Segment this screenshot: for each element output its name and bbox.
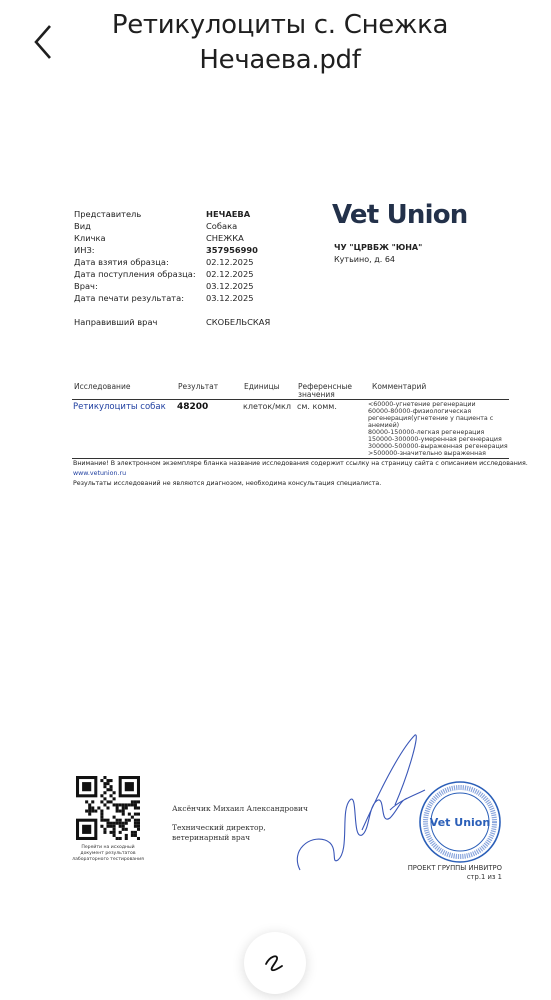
result-value: 48200 [177, 402, 208, 412]
info-row: Дата взятия образца:02.12.2025 [74, 256, 270, 268]
info-row: Дата печати результата:03.12.2025 [74, 292, 270, 304]
info-label: Направивший врач [74, 316, 206, 328]
lab-address: Кутьино, д. 64 [334, 254, 422, 266]
referring-doctor: Направивший врачСКОБЕЛЬСКАЯ [74, 316, 270, 328]
col-comment: Комментарий [372, 383, 426, 391]
info-label: Кличка [74, 232, 206, 244]
sign-button[interactable] [244, 932, 306, 994]
info-value: 03.12.2025 [206, 292, 254, 304]
table-row: Ретикулоциты собак 48200 клеток/мкл см. … [72, 400, 509, 460]
back-button[interactable] [30, 22, 58, 62]
results-table: Исследование Результат Единицы Референсн… [72, 381, 509, 459]
test-name-link[interactable]: Ретикулоциты собак [73, 402, 166, 412]
warning-note: Внимание! В электронном экземпляре бланк… [73, 459, 528, 469]
table-header: Исследование Результат Единицы Референсн… [72, 381, 509, 399]
col-units: Единицы [244, 383, 280, 391]
info-label: Врач: [74, 280, 206, 292]
lab-name: ЧУ "ЦРВБЖ "ЮНА" [334, 242, 422, 254]
info-label: Дата поступления образца: [74, 268, 206, 280]
disclaimer-note: Результаты исследований не являются диаг… [73, 479, 528, 489]
info-row: ИНЗ:357956990 [74, 244, 270, 256]
info-row: Врач:03.12.2025 [74, 280, 270, 292]
info-value: 02.12.2025 [206, 268, 254, 280]
qr-code[interactable] [76, 776, 140, 840]
notes: Внимание! В электронном экземпляре бланк… [73, 459, 528, 489]
info-row: Дата поступления образца:02.12.2025 [74, 268, 270, 280]
info-label: Вид [74, 220, 206, 232]
reference-value: см. комм. [297, 402, 337, 411]
info-value: СКОБЕЛЬСКАЯ [206, 316, 270, 328]
signer-position-2: ветеринарный врач [172, 833, 308, 843]
app-header: Ретикулоциты с. Снежка Нечаева.pdf [0, 0, 551, 80]
col-reference: Референсные значения [298, 383, 358, 399]
patient-info: ПредставительНЕЧАЕВАВидСобакаКличкаСНЕЖК… [74, 208, 270, 328]
project-label: ПРОЕКТ ГРУППЫ ИНВИТРО [380, 864, 502, 873]
signer-name: Аксёнчик Михаил Александрович [172, 804, 308, 814]
comment-text: <60000-угнетение регенерации60000-80000-… [368, 401, 508, 457]
info-label: Дата взятия образца: [74, 256, 206, 268]
info-value: НЕЧАЕВА [206, 208, 250, 220]
signer-position: Технический директор, [172, 823, 308, 833]
chevron-left-icon [30, 22, 58, 62]
page-number: стр.1 из 1 [380, 873, 502, 882]
website-link[interactable]: www.vetunion.ru [73, 469, 528, 479]
info-label: Дата печати результата: [74, 292, 206, 304]
footer: ПРОЕКТ ГРУППЫ ИНВИТРО стр.1 из 1 [380, 864, 502, 882]
signature-image [290, 730, 430, 880]
info-label: Представитель [74, 208, 206, 220]
info-value: 357956990 [206, 244, 258, 256]
units-value: клеток/мкл [243, 402, 291, 411]
qr-caption: Перейти на исходный документ результатов… [70, 845, 146, 863]
info-row: ПредставительНЕЧАЕВА [74, 208, 270, 220]
info-label: ИНЗ: [74, 244, 206, 256]
info-value: 03.12.2025 [206, 280, 254, 292]
pdf-page: ПредставительНЕЧАЕВАВидСобакаКличкаСНЕЖК… [0, 80, 551, 920]
signer-info: Аксёнчик Михаил Александрович Технически… [172, 804, 308, 843]
vet-union-logo: Vet Union [332, 200, 468, 230]
col-test: Исследование [74, 383, 130, 391]
info-value: 02.12.2025 [206, 256, 254, 268]
info-value: СНЕЖКА [206, 232, 244, 244]
document-title: Ретикулоциты с. Снежка Нечаева.pdf [80, 8, 480, 78]
info-row: КличкаСНЕЖКА [74, 232, 270, 244]
info-row: ВидСобака [74, 220, 270, 232]
signature-icon [262, 950, 288, 976]
vet-union-stamp: Vet Union [418, 780, 502, 864]
col-result: Результат [178, 383, 218, 391]
info-value: Собака [206, 220, 237, 232]
lab-info: ЧУ "ЦРВБЖ "ЮНА" Кутьино, д. 64 [334, 242, 422, 266]
svg-text:Vet Union: Vet Union [430, 816, 490, 829]
